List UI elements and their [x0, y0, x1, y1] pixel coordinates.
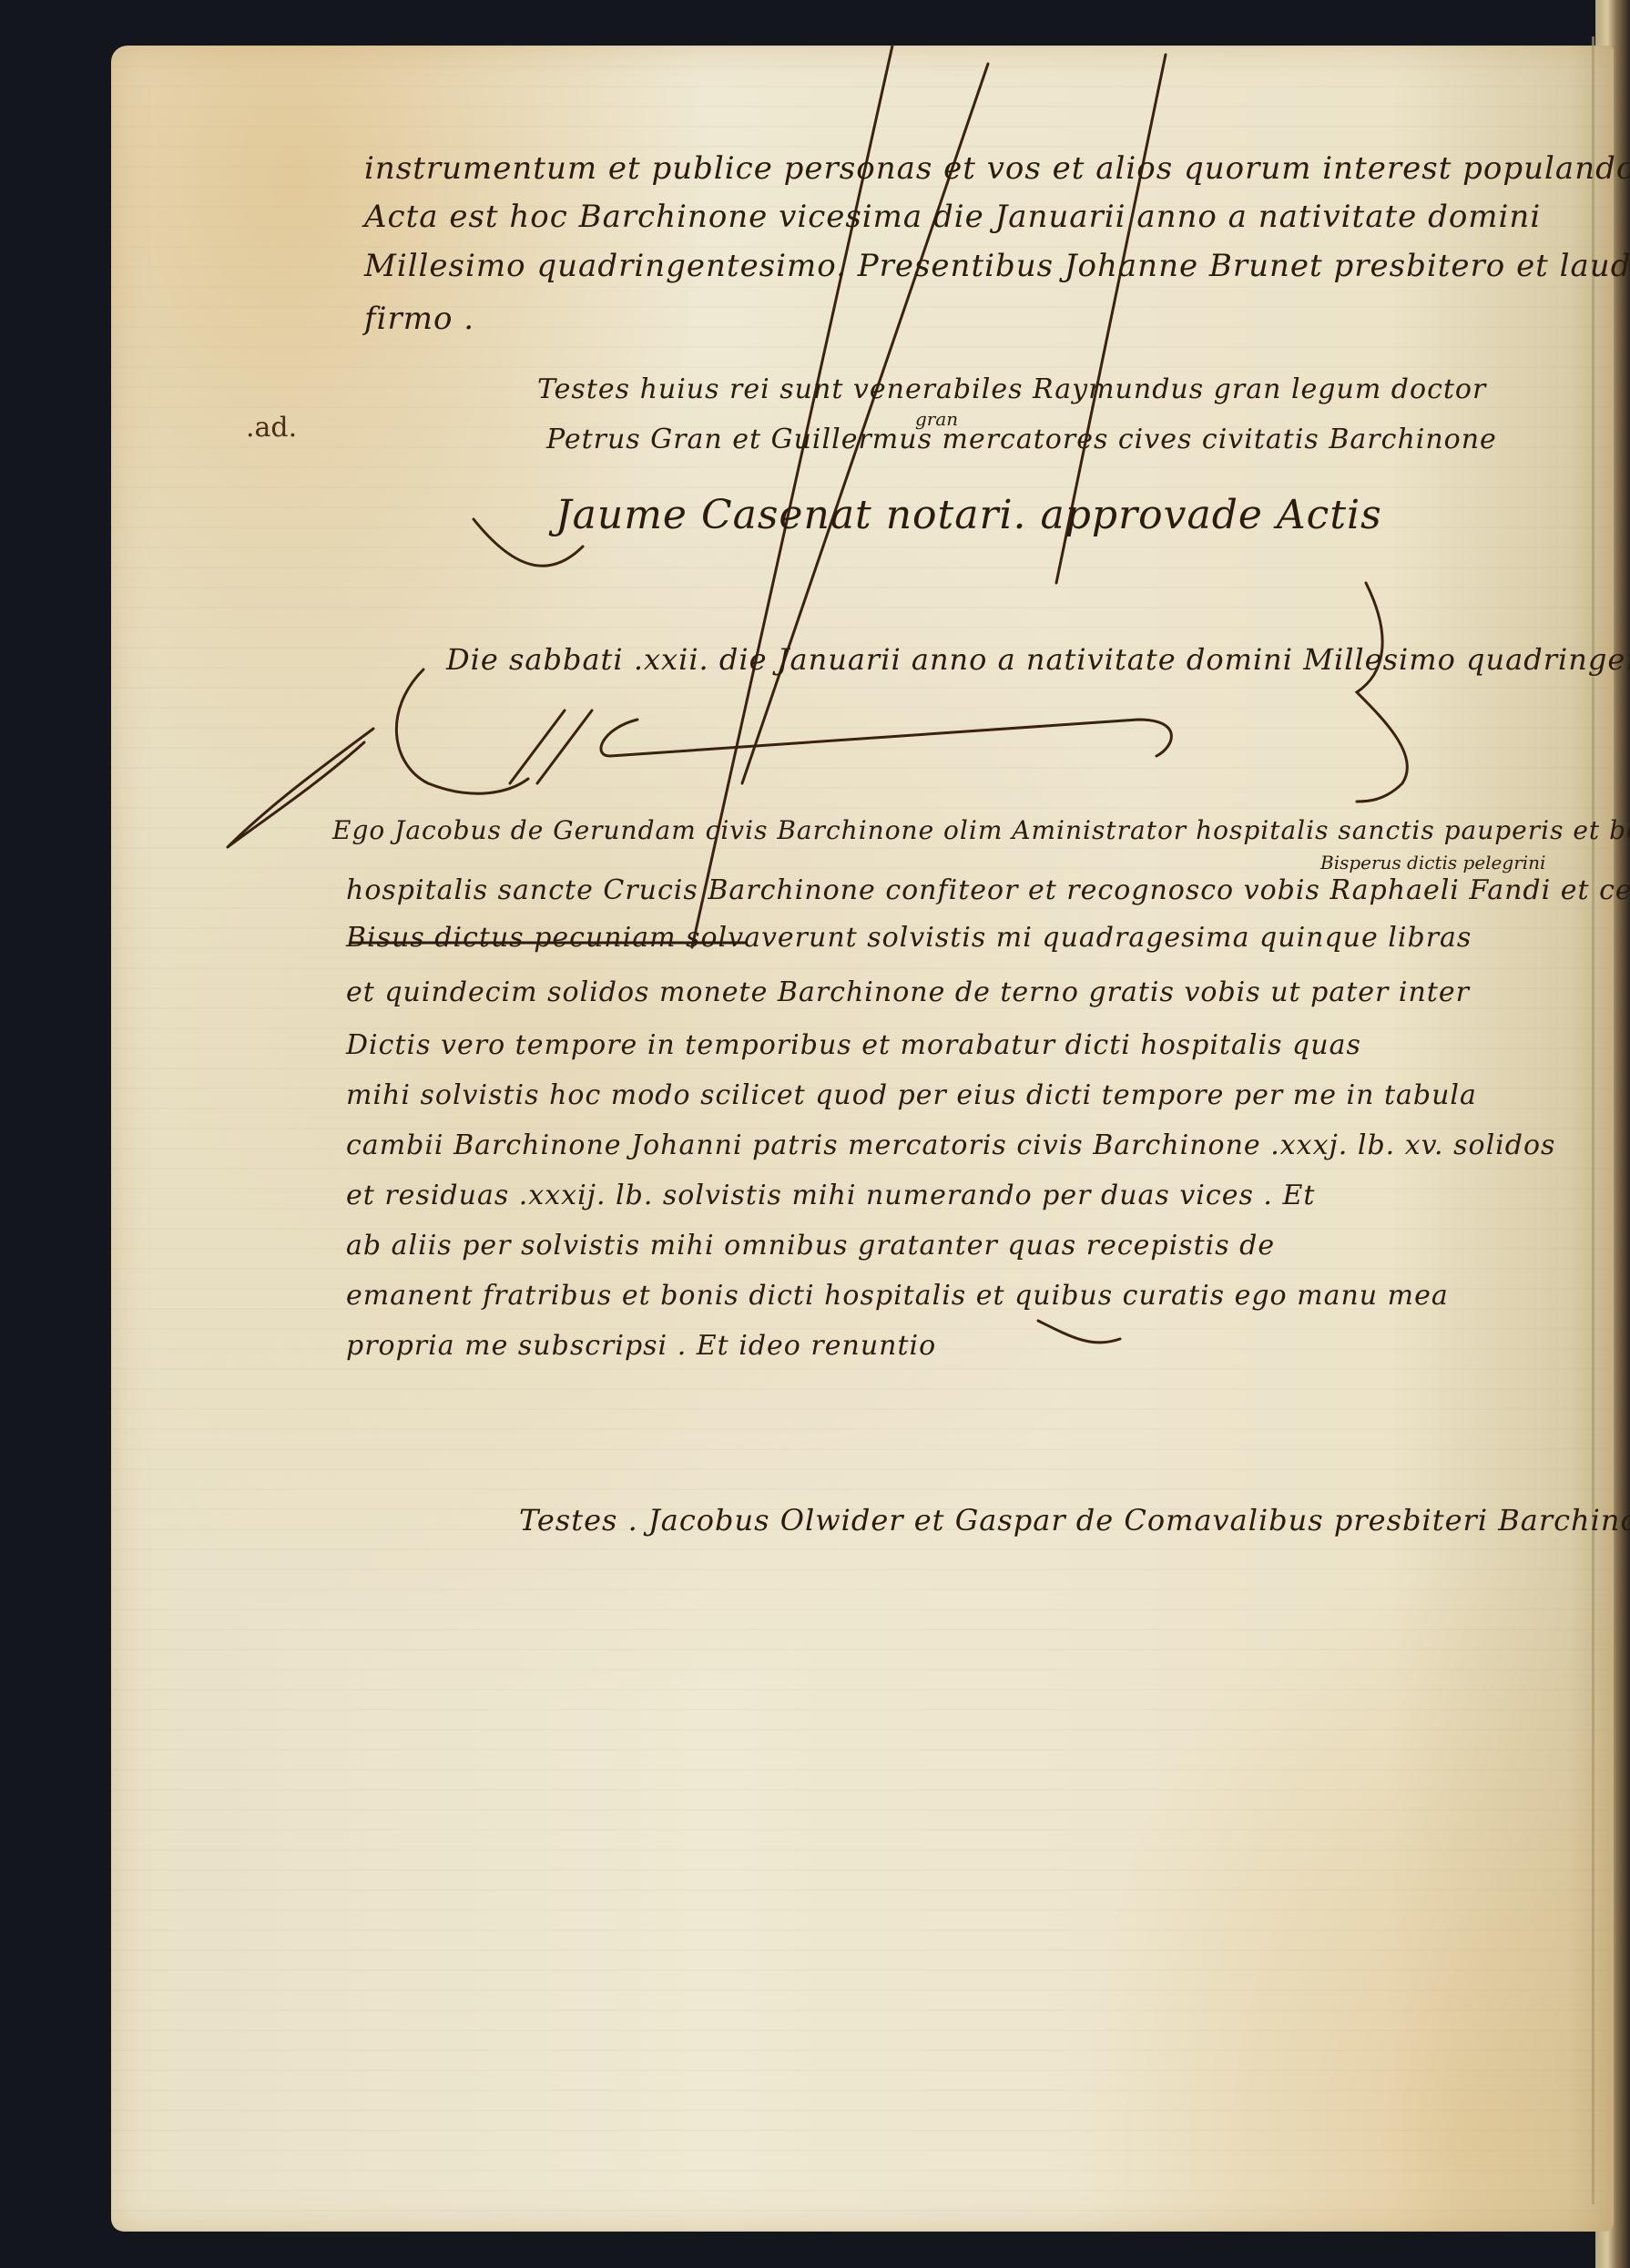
text-line: firmo .: [364, 301, 474, 337]
text-line: Dictis vero tempore in temporibus et mor…: [346, 1029, 1361, 1061]
text-line-struck: Bisus dictus pecuniam solvaverunt solvis…: [346, 922, 1472, 954]
text-line: Ego Jacobus de Gerundam civis Barchinone…: [332, 815, 1630, 845]
text-line: Millesimo quadringentesimo. Presentibus …: [364, 248, 1630, 284]
text-line: mihi solvistis hoc modo scilicet quod pe…: [346, 1079, 1477, 1111]
text-line: instrumentum et publice personas et vos …: [364, 150, 1630, 187]
text-line: Petrus Gran et Guillermus mercatores civ…: [546, 424, 1497, 455]
witness-line: Testes . Jacobus Olwider et Gaspar de Co…: [519, 1503, 1630, 1538]
text-line: et quindecim solidos monete Barchinone d…: [346, 976, 1470, 1008]
gutter-fold: [1592, 36, 1594, 2204]
text-line: emanent fratribus et bonis dicti hospita…: [346, 1280, 1449, 1312]
text-line: cambii Barchinone Johanni patris mercato…: [346, 1129, 1555, 1161]
text-line: hospitalis sancte Crucis Barchinone conf…: [346, 874, 1630, 906]
interlinear-insert: Bisperus dictis pelegrini: [1320, 852, 1545, 873]
text-line: et residuas .xxxij. lb. solvistis mihi n…: [346, 1180, 1315, 1211]
text-line: propria me subscripsi . Et ideo renuntio: [346, 1330, 936, 1362]
margin-note: .ad.: [246, 412, 297, 444]
dated-heading: Die sabbati .xxii. die Januarii anno a n…: [446, 642, 1630, 677]
text-line: Acta est hoc Barchinone vicesima die Jan…: [364, 199, 1541, 235]
text-line: Testes huius rei sunt venerabiles Raymun…: [537, 373, 1486, 405]
text-line: ab aliis per solvistis mihi omnibus grat…: [346, 1230, 1275, 1262]
notary-signature: Jaume Casenat notari. approvade Actis: [555, 492, 1382, 538]
